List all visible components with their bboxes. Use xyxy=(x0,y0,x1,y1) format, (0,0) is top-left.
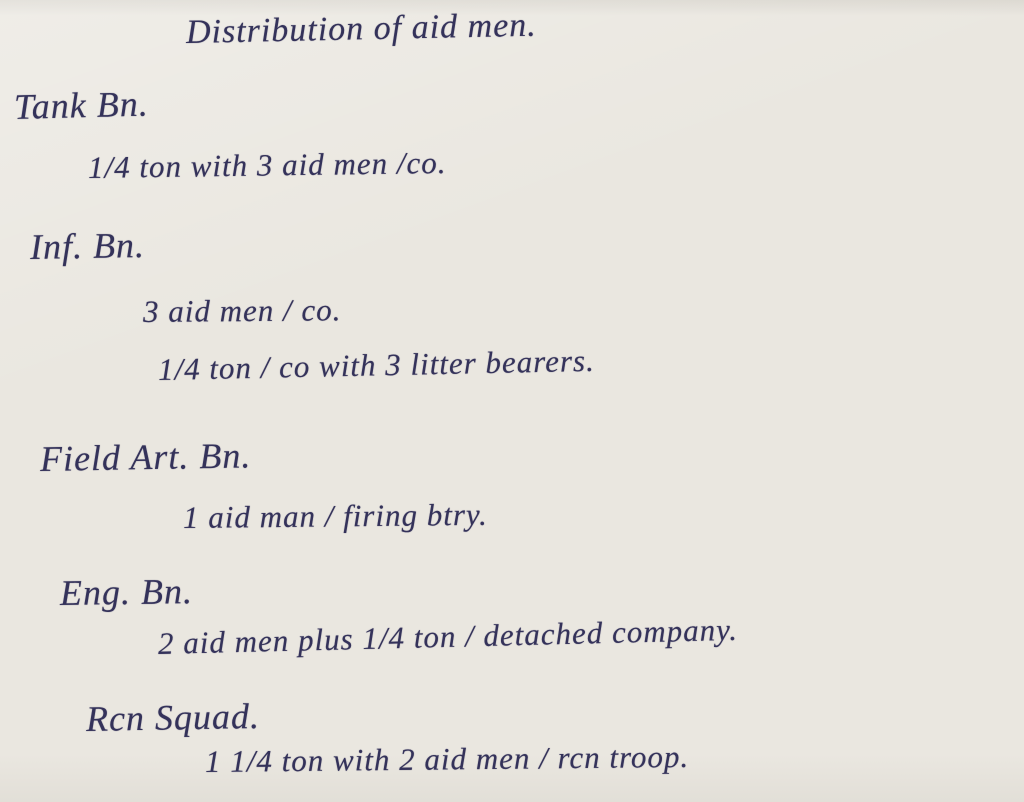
allocation-line: 1/4 ton with 3 aid men /co. xyxy=(88,145,447,186)
allocation-line: 2 aid men plus 1/4 ton / detached compan… xyxy=(158,612,739,662)
unit-heading-tank-bn: Tank Bn. xyxy=(13,82,149,128)
allocation-line: 3 aid men / co. xyxy=(143,292,342,330)
unit-heading-rcn-squad: Rcn Squad. xyxy=(86,695,261,740)
allocation-line: 1 1/4 ton with 2 aid men / rcn troop. xyxy=(205,739,690,780)
unit-heading-inf-bn: Inf. Bn. xyxy=(30,224,146,268)
note-title: Distribution of aid men. xyxy=(186,7,538,52)
unit-heading-eng-bn: Eng. Bn. xyxy=(60,570,194,614)
allocation-line: 1 aid man / firing btry. xyxy=(183,497,488,536)
allocation-line: 1/4 ton / co with 3 litter bearers. xyxy=(158,343,596,388)
unit-heading-field-art-bn: Field Art. Bn. xyxy=(40,434,252,480)
handwritten-note-paper: Distribution of aid men. Tank Bn. 1/4 to… xyxy=(0,0,1024,802)
